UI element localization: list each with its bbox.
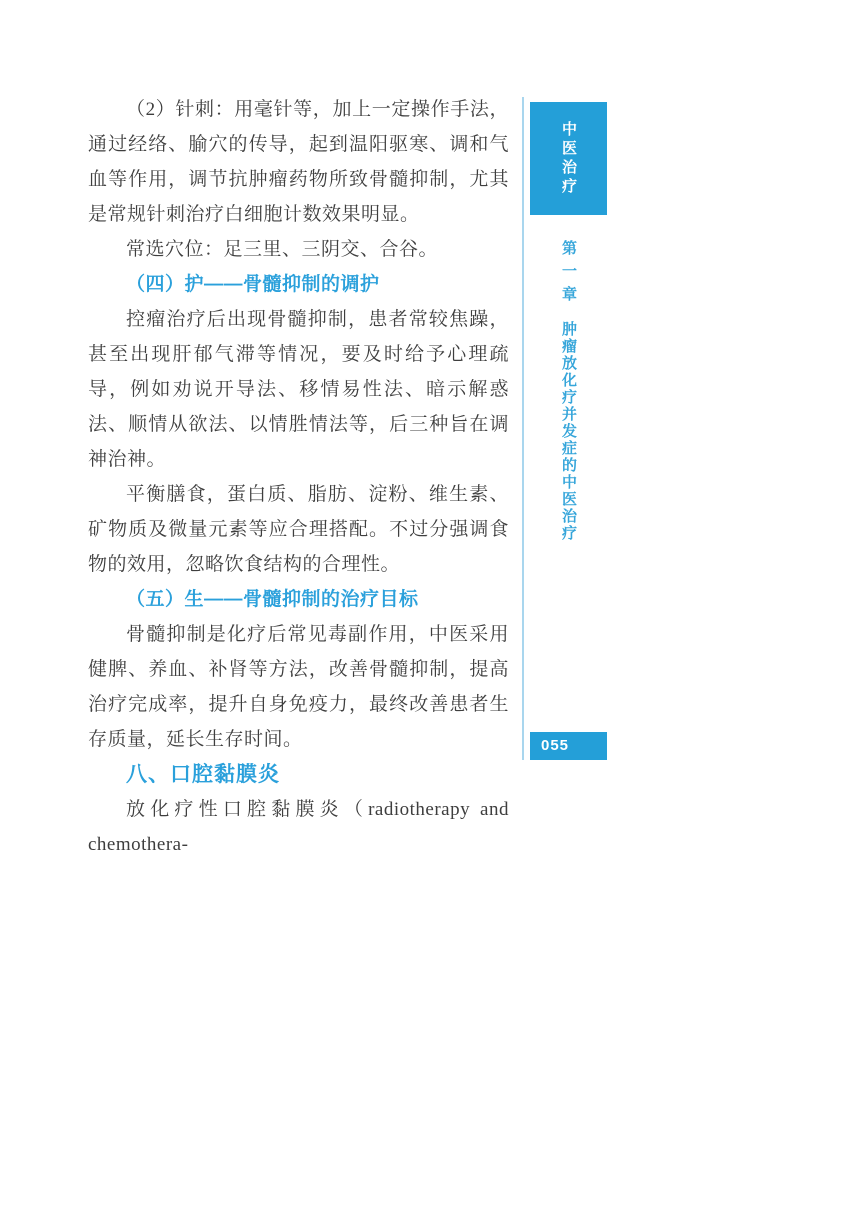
book-page: { "content": { "p1": "（2）针刺：用毫针等，加上一定操作手… [0, 0, 867, 1218]
paragraph-acupoints: 常选穴位：足三里、三阴交、合谷。 [88, 232, 509, 267]
main-text-column: （2）针刺：用毫针等，加上一定操作手法，通过经络、腧穴的传导，起到温阳驱寒、调和… [88, 92, 509, 862]
sidebar-tab-tcm-treatment: 中医治疗 [530, 102, 607, 215]
section-heading-oral-mucositis: 八、口腔黏膜炎 [88, 757, 509, 792]
sidebar-chapter-block: 第一章 肿瘤放化疗并发症的中医治疗 [530, 240, 607, 542]
paragraph-acupuncture: （2）针刺：用毫针等，加上一定操作手法，通过经络、腧穴的传导，起到温阳驱寒、调和… [88, 92, 509, 232]
paragraph-treatment-goal: 骨髓抑制是化疗后常见毒副作用，中医采用健脾、养血、补肾等方法，改善骨髓抑制，提高… [88, 617, 509, 757]
sidebar-vertical-rule [522, 97, 524, 760]
paragraph-diet: 平衡膳食，蛋白质、脂肪、淀粉、维生素、矿物质及微量元素等应合理搭配。不过分强调食… [88, 477, 509, 582]
chapter-number-label: 第一章 [558, 240, 579, 309]
subheading-hu-care: （四）护——骨髓抑制的调护 [88, 267, 509, 302]
page-number-badge: 055 [530, 732, 607, 760]
subheading-sheng-goal: （五）生——骨髓抑制的治疗目标 [88, 582, 509, 617]
paragraph-psychology: 控瘤治疗后出现骨髓抑制，患者常较焦躁，甚至出现肝郁气滞等情况，要及时给予心理疏导… [88, 302, 509, 477]
paragraph-oral-mucositis-intro: 放化疗性口腔黏膜炎（radiotherapy and chemothera- [88, 792, 509, 862]
chapter-title-label: 肿瘤放化疗并发症的中医治疗 [558, 321, 579, 542]
sidebar-tab-label: 中医治疗 [558, 121, 579, 197]
